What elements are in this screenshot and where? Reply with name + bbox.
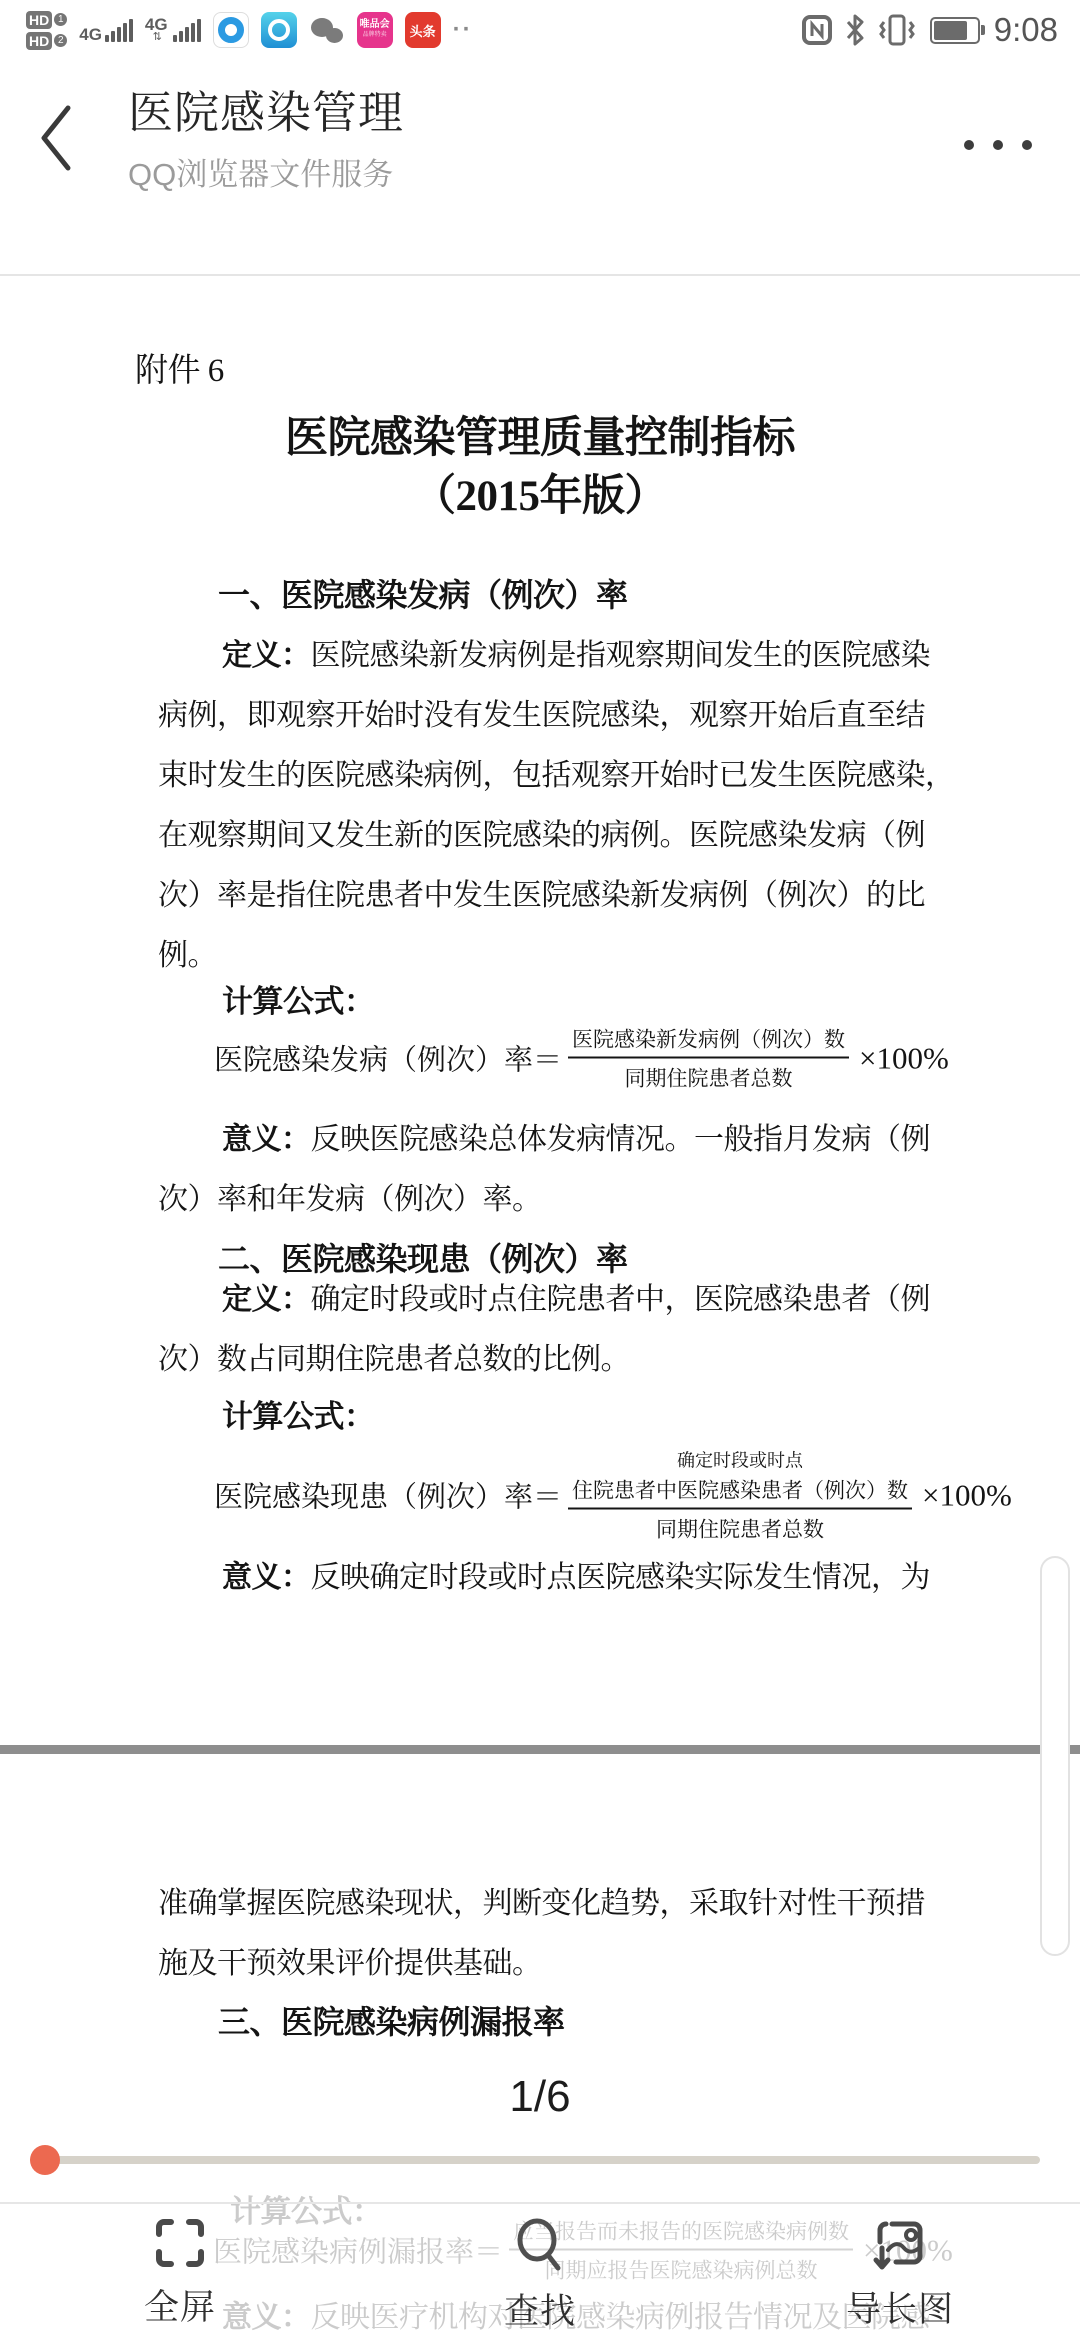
export-long-image-icon [872,2216,928,2272]
doc-line: 束时发生的医院感染病例，包括观察开始时已发生医院感染， [158,758,955,794]
section-1-heading: 一、医院感染发病（例次）率 [218,576,628,614]
find-button[interactable]: 查找 [360,2204,720,2340]
doc-title-year: （2015年版） [0,471,1080,523]
screen: HD1 HD2 4G 4G⇅ 唯品会品牌特卖 头条 ·· [0,0,1080,2340]
progress-slider-thumb[interactable] [30,2145,60,2175]
page-separator [0,1745,1080,1754]
doc-line: 计算公式： [222,1398,375,1435]
doc-line: 次）率是指住院患者中发生医院感染新发病例（例次）的比 [158,878,925,914]
doc-line: 准确掌握医院感染现状，判断变化趋势，采取针对性干预措 [158,1886,925,1922]
document-viewer[interactable]: 附件 6医院感染管理质量控制指标（2015年版）一、医院感染发病（例次）率定义：… [0,0,1080,2340]
doc-line: 意义：反映医院感染总体发病情况。一般指月发病（例 [222,1122,930,1158]
section-3-heading: 三、医院感染病例漏报率 [218,2003,565,2041]
formula-prevalence-rate: 医院感染现患（例次）率＝确定时段或时点住院患者中医院感染患者（例次）数同期住院患… [214,1447,1012,1544]
page-indicator: 1/6 [0,2072,1080,2122]
section-2-heading: 二、医院感染现患（例次）率 [218,1240,628,1278]
doc-line: 计算公式： [222,983,375,1020]
progress-slider-track[interactable] [30,2156,1040,2164]
doc-line: 次）数占同期住院患者总数的比例。 [158,1342,630,1378]
doc-line: 例。 [158,938,217,974]
doc-line: 施及干预效果评价提供基础。 [158,1946,542,1982]
fullscreen-button[interactable]: 全屏 [0,2204,360,2340]
search-icon [511,2216,569,2274]
formula-incidence-rate: 医院感染发病（例次）率＝医院感染新发病例（例次）数同期住院患者总数×100% [214,1024,949,1093]
doc-line: 病例，即观察开始时没有发生医院感染，观察开始后直至结 [158,698,925,734]
doc-title: 医院感染管理质量控制指标 [0,413,1080,465]
doc-line: 定义：确定时段或时点住院患者中，医院感染患者（例 [222,1282,930,1318]
attachment-label: 附件 6 [135,352,224,392]
bottom-toolbar: 全屏 查找 导长图 [0,2202,1080,2340]
scrollbar-thumb[interactable] [1040,1556,1070,1956]
doc-line: 次）率和年发病（例次）率。 [158,1182,542,1218]
doc-line: 意义：反映确定时段或时点医院感染实际发生情况，为 [222,1560,930,1596]
doc-line: 定义：医院感染新发病例是指观察期间发生的医院感染 [222,638,930,674]
doc-line: 在观察期间又发生新的医院感染的病例。医院感染发病（例 [158,818,925,854]
export-long-image-button[interactable]: 导长图 [720,2204,1080,2340]
fullscreen-icon [153,2216,207,2270]
